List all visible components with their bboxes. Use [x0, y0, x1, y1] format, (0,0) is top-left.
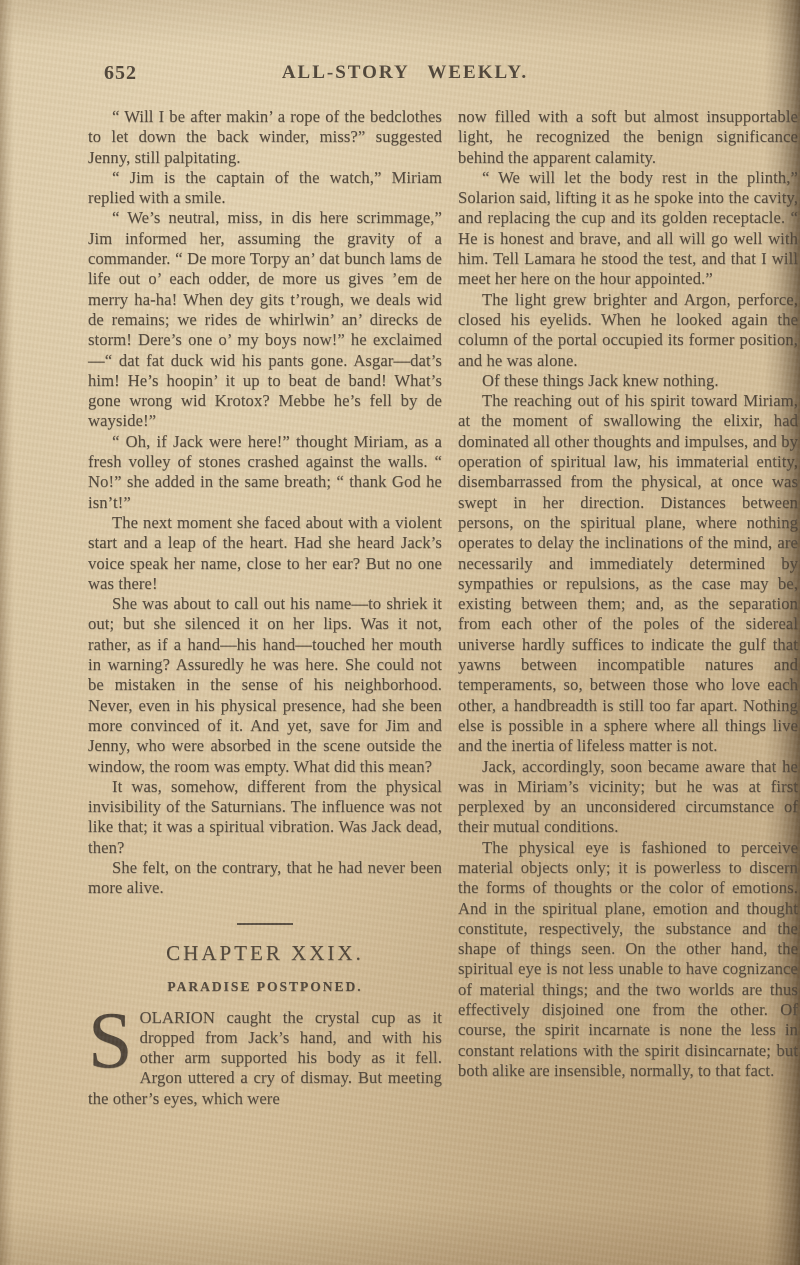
right-column: now filled with a soft but almost insupp…	[458, 107, 798, 1109]
magazine-page-scan: 652 ALL-STORY WEEKLY. “ Will I be after …	[0, 0, 800, 1265]
paragraph: The next moment she faced about with a v…	[88, 513, 442, 594]
paragraph: “ Oh, if Jack were here!” thought Miriam…	[88, 432, 442, 513]
paragraph: “ Jim is the captain of the watch,” Miri…	[88, 168, 442, 209]
paragraph: “ We will let the body rest in the plint…	[458, 168, 798, 290]
paragraph: It was, somehow, different from the phys…	[88, 777, 442, 858]
text-columns: “ Will I be after makin’ a rope of the b…	[88, 107, 798, 1109]
paragraph: She was about to call out his name—to sh…	[88, 594, 442, 777]
paragraph: “ We’s neutral, miss, in dis here scrimm…	[88, 208, 442, 431]
paragraph: “ Will I be after makin’ a rope of the b…	[88, 107, 442, 168]
paragraph: The physical eye is fashioned to perceiv…	[458, 838, 798, 1082]
running-header: 652 ALL-STORY WEEKLY.	[88, 62, 798, 88]
paragraph: Of these things Jack knew nothing.	[458, 371, 798, 391]
section-divider	[237, 923, 293, 925]
opening-paragraph: SOLARION caught the crystal cup as it dr…	[88, 1008, 442, 1109]
paragraph: The reaching out of his spirit toward Mi…	[458, 391, 798, 756]
chapter-subheading: PARADISE POSTPONED.	[88, 979, 442, 995]
paragraph: Jack, accordingly, soon became aware tha…	[458, 757, 798, 838]
paragraph-continuation: now filled with a soft but almost insupp…	[458, 107, 798, 168]
chapter-heading: CHAPTER XXIX.	[88, 941, 442, 965]
drop-cap-letter: S	[88, 1011, 133, 1071]
page-deckle-edge	[0, 0, 14, 1265]
left-column: “ Will I be after makin’ a rope of the b…	[88, 107, 442, 1109]
page-content: 652 ALL-STORY WEEKLY. “ Will I be after …	[88, 62, 798, 1109]
paragraph: The light grew brighter and Argon, perfo…	[458, 290, 798, 371]
opening-paragraph-text: OLARION caught the crystal cup as it dro…	[88, 1008, 442, 1108]
journal-title: ALL-STORY WEEKLY.	[50, 62, 760, 84]
paragraph: She felt, on the contrary, that he had n…	[88, 858, 442, 899]
